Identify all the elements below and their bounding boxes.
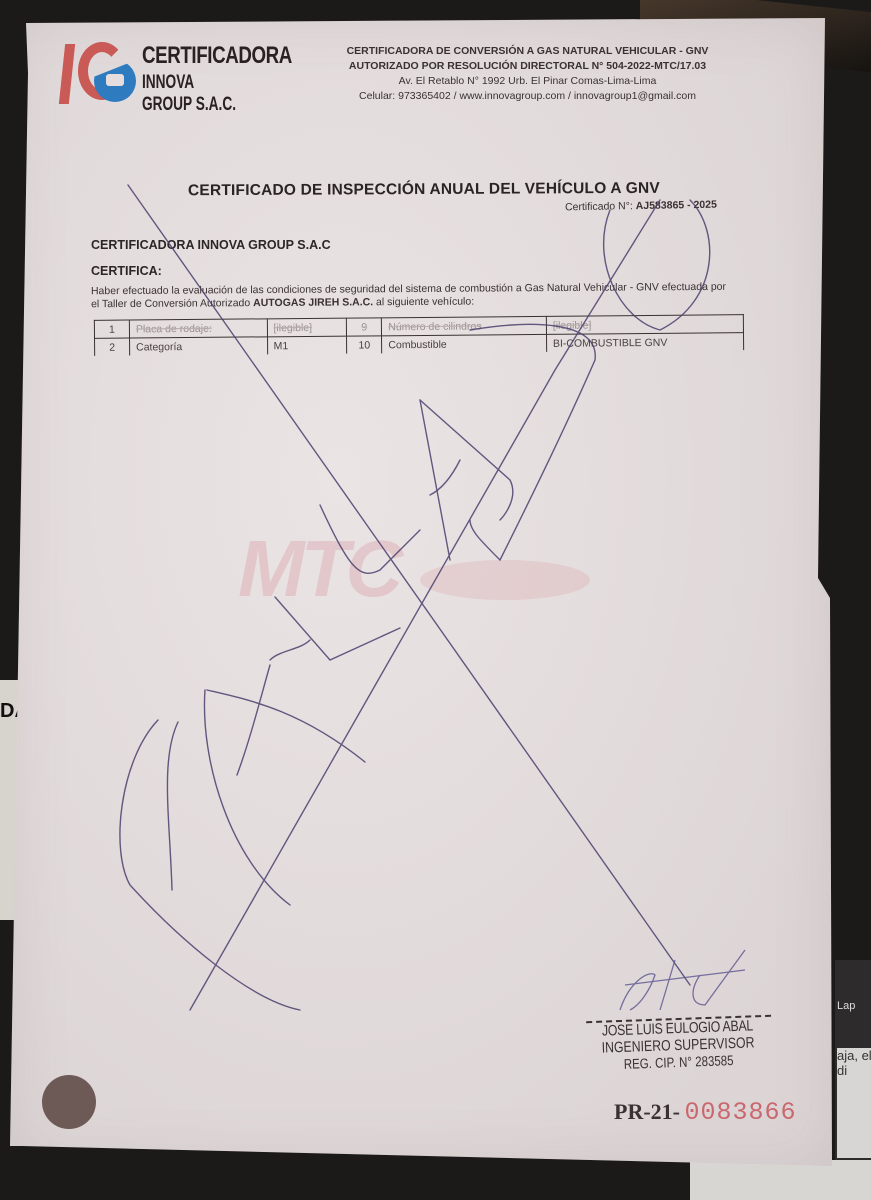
punched-hole [42,1075,96,1129]
paragraph-text-2: al siguiente vehículo: [373,296,474,309]
letterhead: CERTIFICADORA DE CONVERSIÓN A GAS NATURA… [335,44,720,104]
certificate-number-label: Certificado N°: [565,200,633,213]
field-label: Número de cilindros [382,316,547,335]
background-right-card-label: Lap [837,1000,855,1012]
background-bottom-right-paper [690,1160,871,1200]
mtc-watermark: MTC [238,523,399,615]
logo-text-line1: CERTIFICADORA [142,42,292,70]
letterhead-line-1: CERTIFICADORA DE CONVERSIÓN A GAS NATURA… [335,44,720,59]
row-number: 9 [347,318,382,336]
logo-i-mark-icon [59,44,75,104]
document-title: CERTIFICADO DE INSPECCIÓN ANUAL DEL VEHÍ… [188,180,660,200]
letterhead-line-2: AUTORIZADO POR RESOLUCIÓN DIRECTORAL N° … [335,59,720,74]
letterhead-address: Av. El Retablo N° 1992 Urb. El Pinar Com… [335,74,720,89]
field-value: [ilegible] [267,318,347,337]
certification-paragraph: Haber efectuado la evaluación de las con… [91,281,731,311]
row-number: 2 [95,338,130,356]
logo-text-line2: INNOVA GROUP S.A.C. [142,72,241,116]
background-right-card-text: aja, el di [837,1048,871,1158]
company-logo: CERTIFICADORA INNOVA GROUP S.A.C. [50,38,280,116]
serial-number: PR-21- 0083866 [614,1098,796,1127]
row-number: 10 [347,336,382,354]
field-value: M1 [267,336,347,354]
certificate-number-value: AJ583865 - 2025 [636,199,717,212]
field-value: BI-COMBUSTIBLE GNV [546,333,743,352]
letterhead-contact: Celular: 973365402 / www.innovagroup.com… [335,89,720,104]
company-name: CERTIFICADORA INNOVA GROUP S.A.C [91,238,331,252]
field-label: Placa de rodaje: [129,319,267,338]
watermark-swoosh [420,560,590,600]
vehicle-table: 1 Placa de rodaje: [ilegible] 9 Número d… [94,314,744,356]
field-value: [ilegible] [546,315,743,335]
workshop-name: AUTOGAS JIREH S.A.C. [253,296,373,309]
field-label: Combustible [382,334,547,353]
row-number: 1 [94,320,129,338]
signature-block: JOSE LUIS EULOGIO ABAL INGENIERO SUPERVI… [582,1015,774,1074]
serial-prefix: PR-21- [614,1099,680,1124]
serial-number-value: 0083866 [684,1098,796,1127]
certifica-heading: CERTIFICA: [91,264,162,278]
field-label: Categoría [130,337,268,356]
